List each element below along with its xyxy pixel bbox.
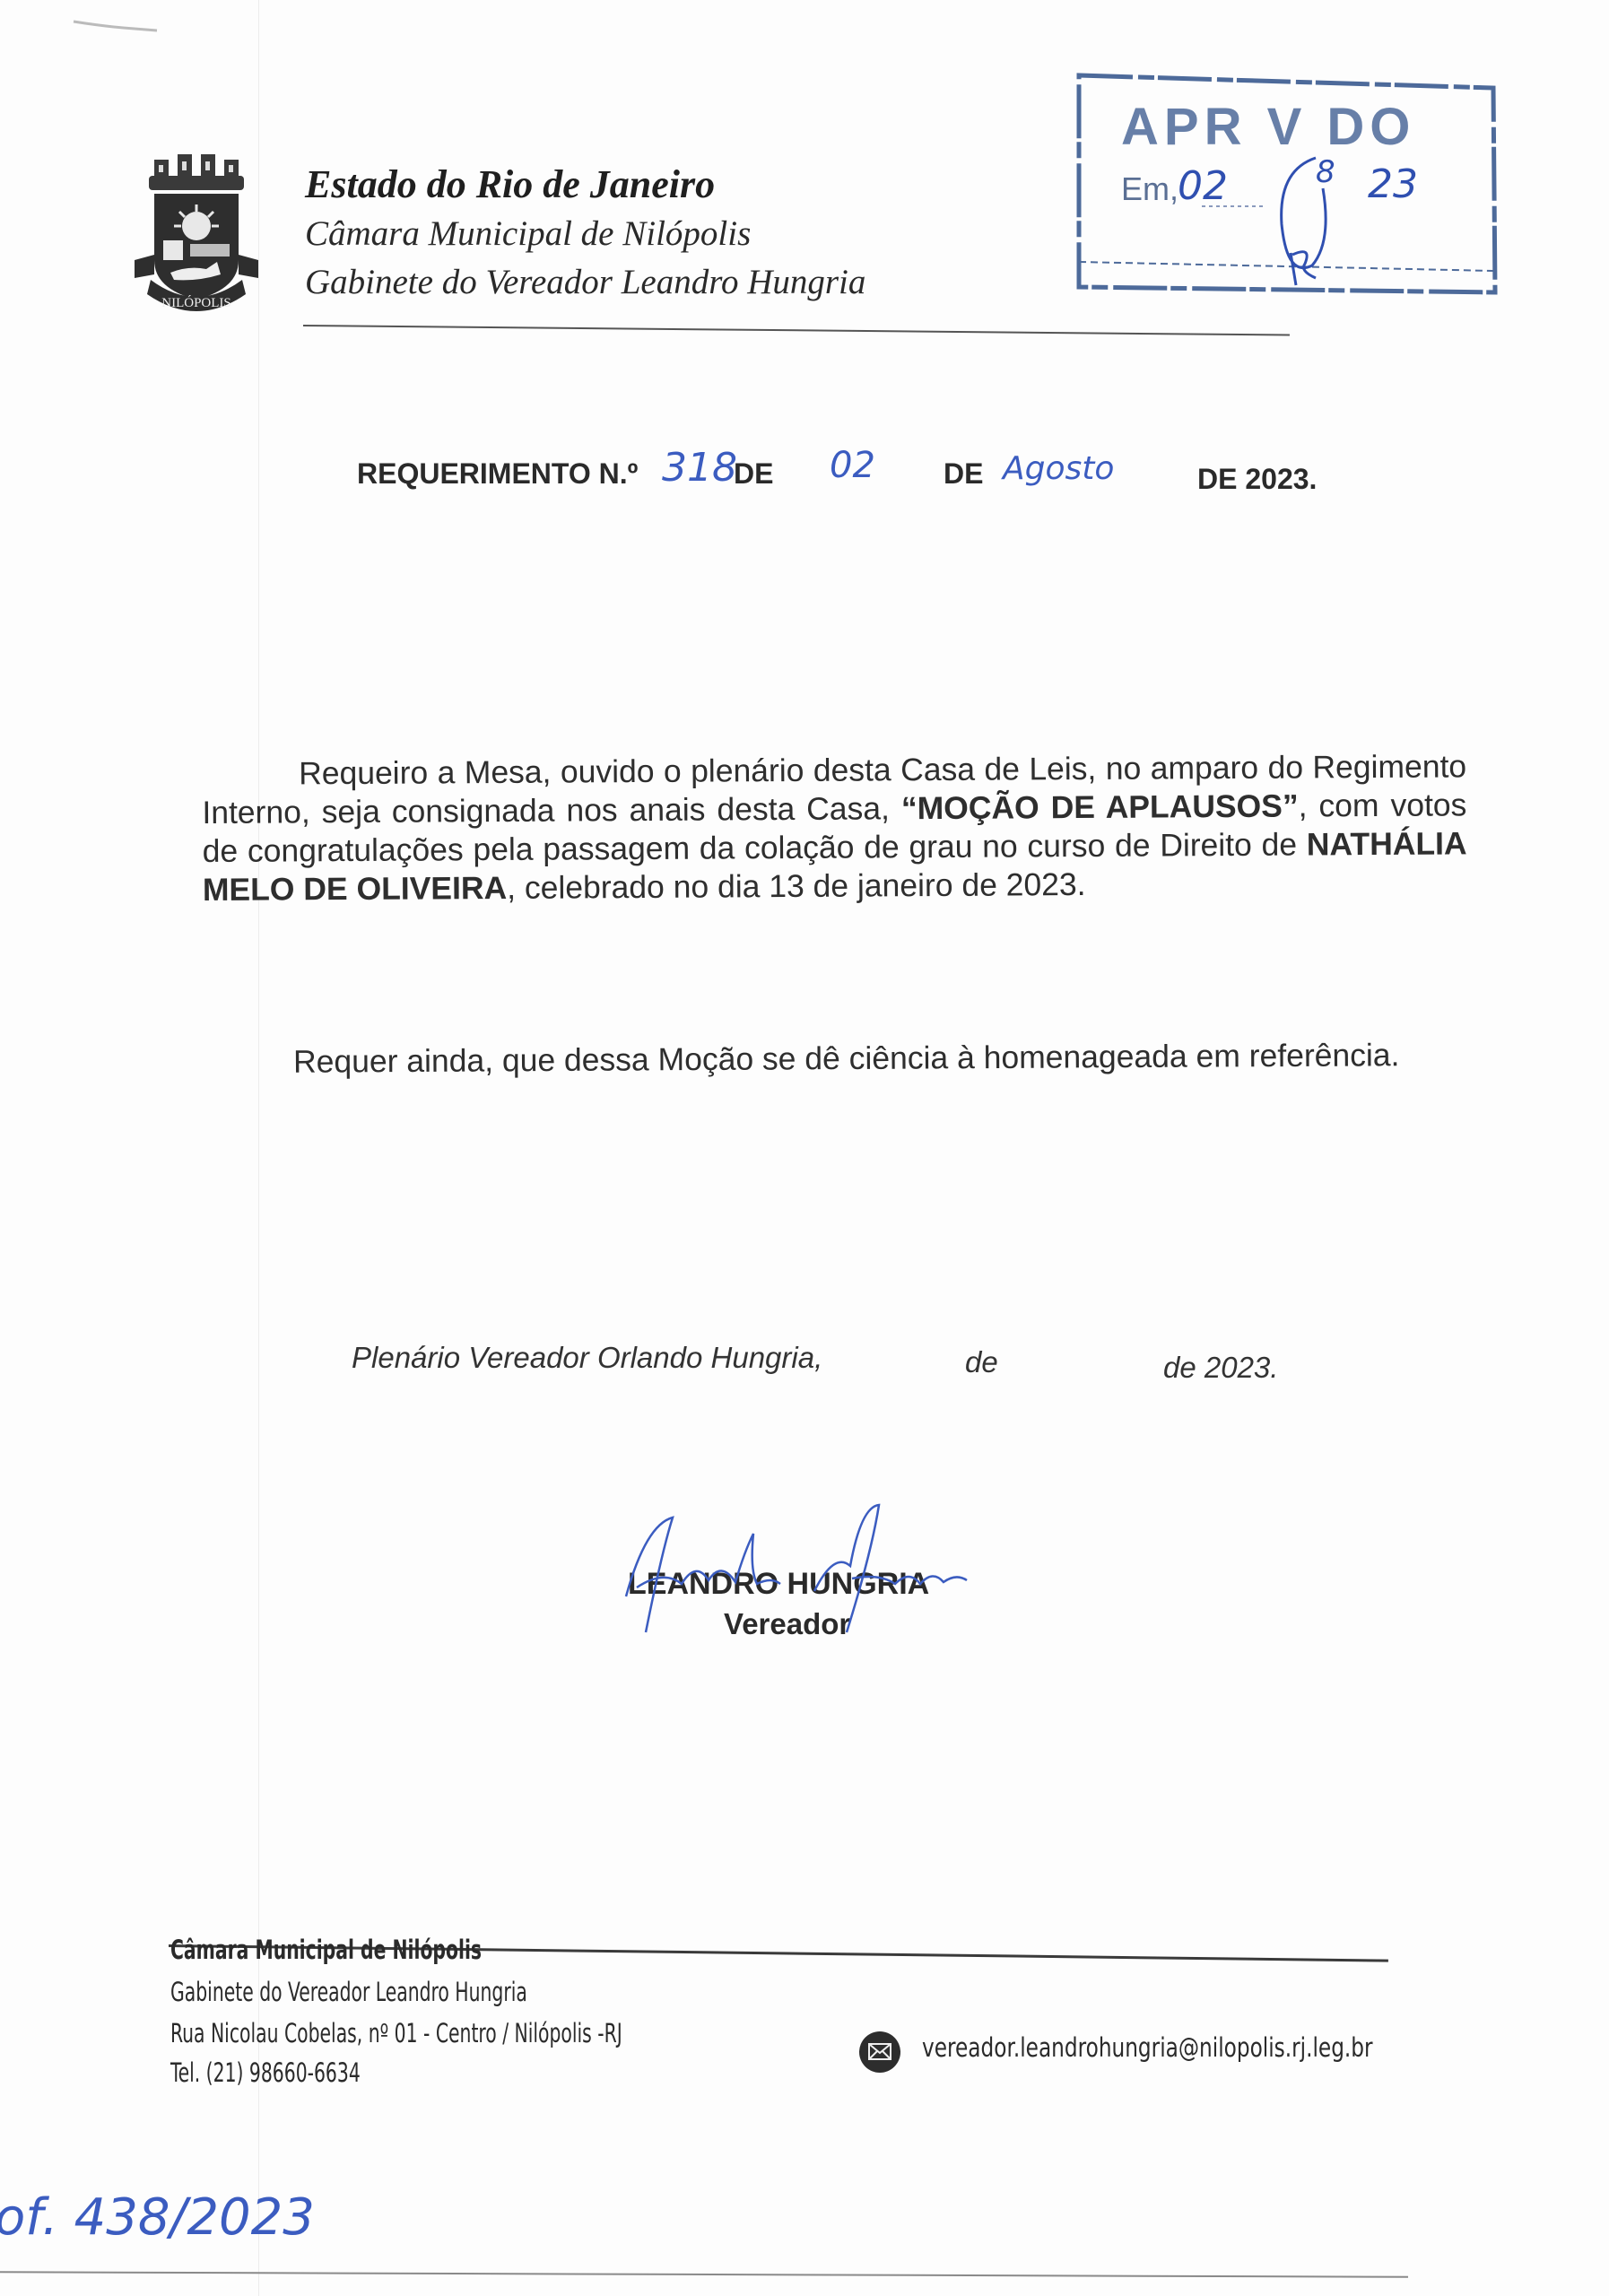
footer-office: Gabinete do Vereador Leandro Hungria	[170, 1977, 527, 2007]
handwritten-signature	[610, 1498, 987, 1650]
header-chamber-name: Câmara Municipal de Nilópolis	[305, 213, 751, 254]
protocol-note: of. 438/2023	[0, 2188, 315, 2247]
header-office-name: Gabinete do Vereador Leandro Hungria	[305, 262, 865, 302]
footer-org: Câmara Municipal de Nilópolis	[170, 1935, 482, 1965]
place-name: Plenário Vereador Orlando Hungria,	[352, 1341, 822, 1375]
place-date-de: de	[965, 1345, 998, 1379]
scan-artifact	[72, 20, 170, 32]
header-title: Estado do Rio de Janeiro	[305, 161, 715, 207]
footer-address: Rua Nicolau Cobelas, nº 01 - Centro / Ni…	[170, 2018, 622, 2048]
approval-stamp: APR V DO Em, 02 8 23	[1072, 72, 1500, 296]
place-date-year: de 2023.	[1163, 1351, 1278, 1385]
requerimento-de-2: DE	[944, 457, 983, 491]
stamp-status: APR V DO	[1121, 97, 1415, 157]
requerimento-number: 318	[662, 445, 737, 491]
emphasized-text: “MOÇÃO DE APLAUSOS”	[901, 788, 1299, 827]
page-bottom-edge	[0, 2271, 1408, 2277]
stamp-year: 23	[1368, 161, 1418, 207]
requerimento-day: 02	[830, 445, 875, 486]
footer-email-link[interactable]: vereador.leandrohungria@nilopolis.rj.leg…	[922, 2032, 1373, 2063]
stamp-day: 02	[1178, 163, 1228, 209]
requerimento-de-1: DE	[734, 457, 773, 491]
municipal-coat-of-arms-icon: NILÓPOLIS	[135, 154, 258, 316]
footer-phone: Tel. (21) 98660-6634	[170, 2057, 361, 2088]
stamp-initial-signature	[1269, 152, 1368, 287]
svg-text:NILÓPOLIS: NILÓPOLIS	[161, 295, 231, 310]
body-paragraph-1: Requeiro a Mesa, ouvido o plenário desta…	[202, 747, 1467, 909]
requerimento-label: REQUERIMENTO N.º	[357, 457, 638, 491]
paragraph-text: , celebrado no dia 13 de janeiro de 2023…	[507, 866, 1086, 906]
body-paragraph-2: Requer ainda, que dessa Moção se dê ciên…	[293, 1037, 1400, 1081]
requerimento-year: DE 2023.	[1197, 463, 1317, 496]
header-divider	[303, 325, 1290, 336]
envelope-icon	[859, 2031, 900, 2073]
stamp-date-label: Em,	[1121, 170, 1178, 208]
requerimento-month: Agosto	[1003, 450, 1114, 487]
